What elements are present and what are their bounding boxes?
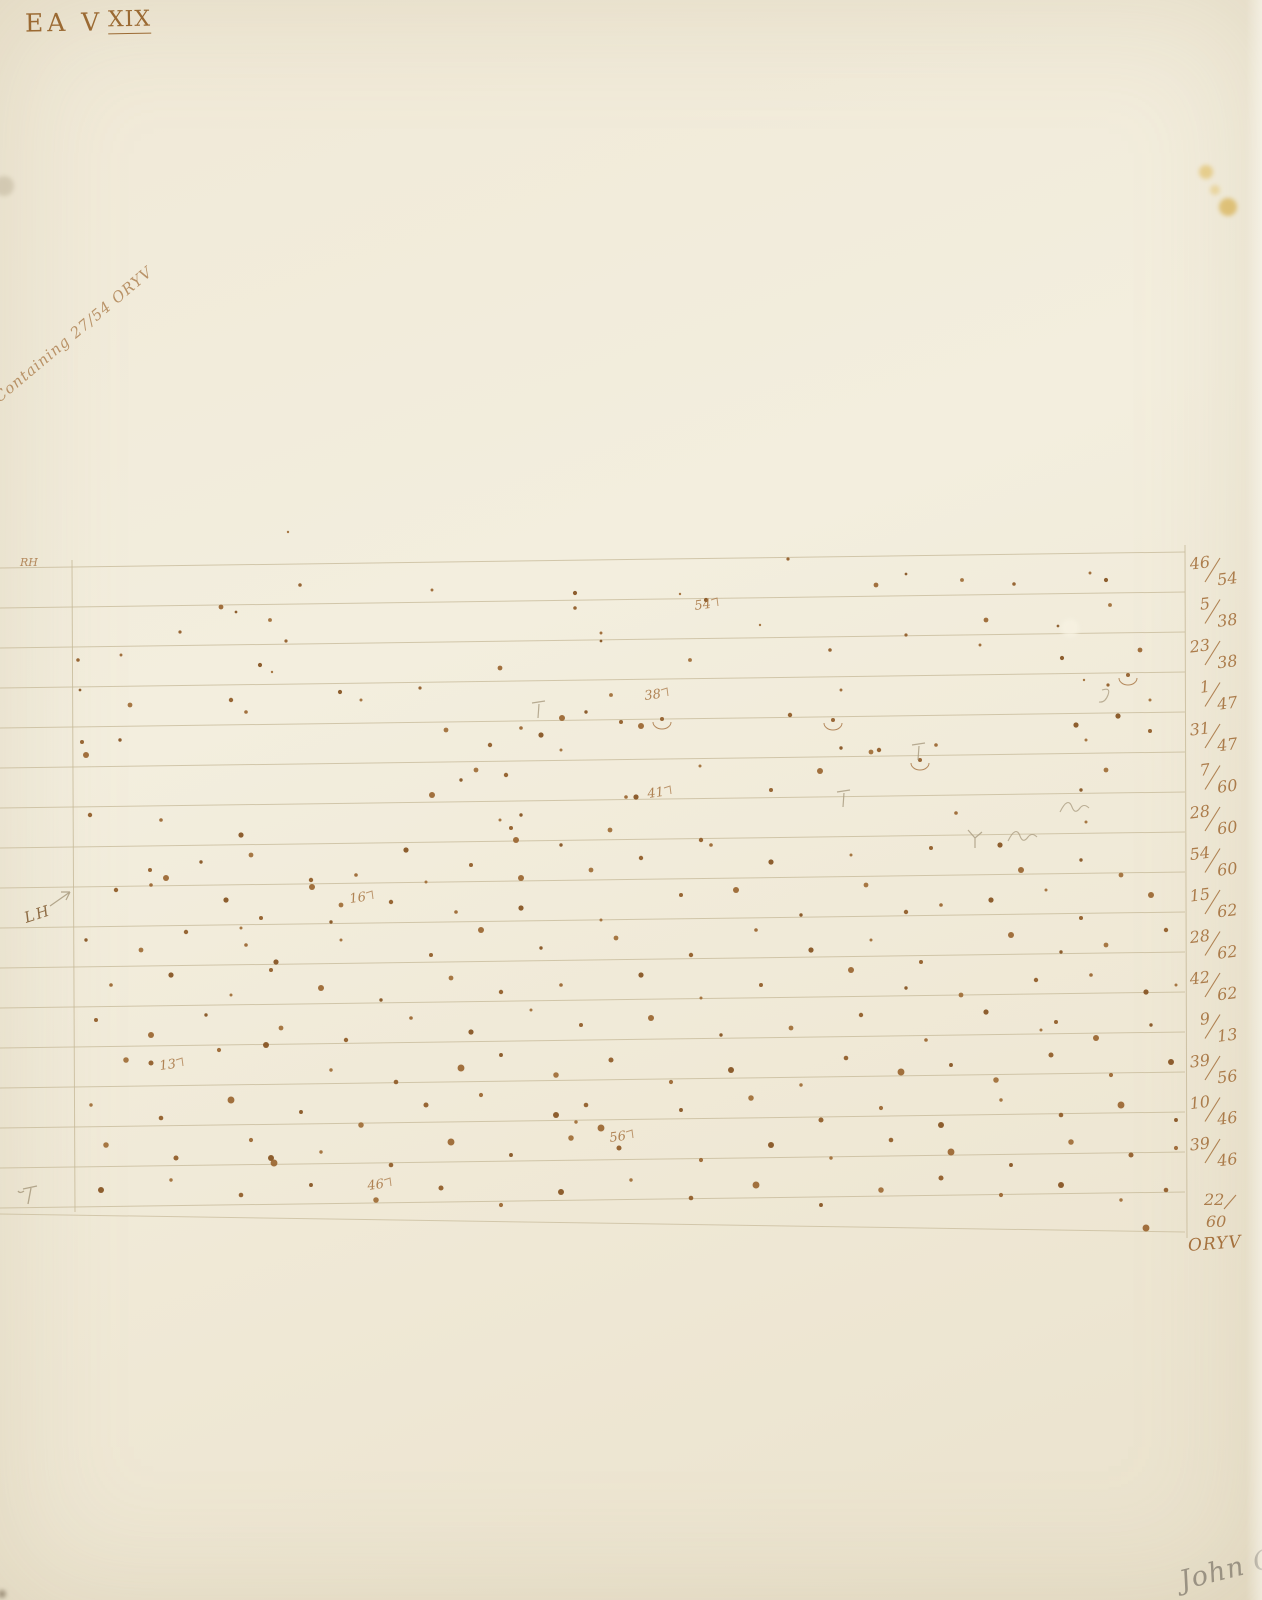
ink-dot (874, 583, 879, 588)
ink-dot (1108, 603, 1112, 607)
fraction-denominator: 62 (1216, 942, 1239, 963)
ink-dot (249, 1138, 253, 1142)
ink-dot (559, 983, 563, 987)
ink-dot (149, 883, 153, 887)
ink-dot (929, 846, 933, 850)
inline-number: 16 (348, 890, 366, 907)
ink-dot (829, 1156, 832, 1159)
ink-dot (423, 1102, 428, 1107)
ink-dot (559, 843, 562, 846)
ink-dot (499, 1203, 503, 1207)
ink-dot (148, 1060, 153, 1065)
inline-number-hook (626, 1130, 633, 1138)
fraction-numerator: 46 (1188, 552, 1212, 573)
staff-line (0, 1192, 1185, 1208)
ink-dot (948, 1149, 955, 1156)
ink-dot (768, 1142, 774, 1148)
ink-dot (309, 878, 313, 882)
ink-dot (329, 920, 332, 923)
ink-dot (1115, 713, 1120, 718)
ink-dot (600, 919, 603, 922)
fraction-numerator: 39 (1189, 1050, 1212, 1071)
ink-dot (639, 856, 643, 860)
inline-number: 46 (365, 1177, 384, 1194)
ink-dot (1085, 821, 1088, 824)
ink-dot (429, 792, 435, 798)
ink-dot (1093, 1035, 1099, 1041)
ink-dot (769, 788, 773, 792)
fraction-numerator: 5 (1199, 594, 1211, 614)
ink-dot (498, 666, 503, 671)
ink-dot (629, 1178, 632, 1181)
ink-dot (271, 1160, 278, 1167)
arrow-mark (50, 892, 70, 906)
staff-line (0, 592, 1185, 608)
y-mark (968, 830, 982, 848)
ink-dot (1174, 1146, 1178, 1150)
ink-dot (648, 1015, 654, 1021)
ink-dot (169, 1178, 172, 1181)
ink-dot (939, 903, 943, 907)
ink-dot (879, 1106, 883, 1110)
ink-dot (1168, 1059, 1174, 1065)
staff-line (0, 912, 1185, 928)
ink-dot (184, 930, 188, 934)
ink-dot (988, 897, 993, 902)
ink-dot (469, 863, 473, 867)
ink-dot (553, 1112, 559, 1118)
ink-dot (600, 640, 603, 643)
fraction-denominator: 46 (1215, 1149, 1239, 1170)
ink-dot (499, 819, 502, 822)
fraction-denominator: 13 (1216, 1025, 1239, 1046)
ink-dot (178, 630, 181, 633)
ink-dot (244, 943, 248, 947)
ink-dot (600, 632, 603, 635)
ink-dot (619, 720, 623, 724)
ink-dot (999, 1193, 1003, 1197)
ink-dot (103, 1142, 109, 1148)
ink-dot (519, 813, 522, 816)
right-hand-label: RH (20, 556, 38, 569)
ink-dot (1045, 889, 1048, 892)
ink-dot (960, 578, 964, 582)
ink-dot (444, 728, 449, 733)
ink-dot (344, 1038, 348, 1042)
ink-dot (983, 1009, 988, 1014)
ink-dot (679, 593, 681, 595)
ink-dot (768, 859, 773, 864)
fraction-denominator: 47 (1215, 734, 1239, 756)
fraction-numerator: 39 (1189, 1133, 1212, 1154)
ink-dot (98, 1187, 104, 1193)
ink-dot (904, 910, 908, 914)
ink-dot (689, 953, 693, 957)
ink-dot (1104, 768, 1109, 773)
ink-dot (559, 715, 565, 721)
ink-dot (699, 1158, 703, 1162)
ink-dot (905, 573, 908, 576)
inline-number-hook (661, 688, 668, 696)
ink-dot (748, 1095, 754, 1101)
ink-dot (499, 990, 503, 994)
flag-mark (18, 1186, 37, 1204)
ink-dot (219, 605, 224, 610)
fraction-denominator: 38 (1216, 610, 1239, 631)
ink-dot (954, 811, 958, 815)
inline-number: 56 (608, 1129, 626, 1146)
ink-dot (924, 1038, 928, 1042)
fraction-numerator: 9 (1199, 1009, 1211, 1029)
staff-line (0, 792, 1185, 808)
ink-dot (271, 671, 273, 673)
ink-dot (709, 843, 713, 847)
ink-dot (949, 1063, 953, 1067)
ink-dot (76, 658, 80, 662)
ink-dot (584, 1103, 589, 1108)
ink-dot (1068, 1139, 1074, 1145)
ink-dot (984, 618, 989, 623)
ink-dot (373, 1197, 379, 1203)
ink-dot (869, 750, 874, 755)
staff-line (0, 1152, 1185, 1168)
ink-dot (94, 1018, 98, 1022)
ink-dot (624, 795, 628, 799)
ink-dot (1079, 916, 1083, 920)
ink-dot (753, 1182, 760, 1189)
ink-dot (403, 847, 408, 852)
ink-dot (1149, 1023, 1152, 1026)
ink-dot (938, 1122, 944, 1128)
ink-dot (263, 1042, 269, 1048)
arc-dot (1126, 673, 1130, 677)
ink-dot (459, 778, 462, 781)
ink-dot (128, 703, 133, 708)
ink-dot (1089, 572, 1092, 575)
ink-dot (608, 1057, 613, 1062)
ink-dot (389, 900, 393, 904)
ink-dot (573, 606, 577, 610)
inline-number: 38 (643, 687, 661, 704)
ink-dot (458, 1065, 465, 1072)
staff-line (0, 992, 1185, 1008)
ink-dot (1083, 679, 1085, 681)
staff-line (0, 1072, 1185, 1088)
staff-line (0, 672, 1185, 688)
ink-dot (354, 873, 358, 877)
t-mark (912, 743, 925, 760)
ink-dot (258, 663, 262, 667)
ink-dot (318, 985, 324, 991)
ink-dot (1054, 1020, 1058, 1024)
loop-squiggle (1060, 803, 1089, 812)
ink-dot (1089, 973, 1093, 977)
ink-dot (269, 968, 273, 972)
arc-mark (824, 723, 842, 730)
ink-dot (1175, 984, 1178, 987)
paper-stain (1199, 165, 1213, 179)
ink-dot (938, 1175, 943, 1180)
ink-dot (259, 916, 263, 920)
ink-dot (679, 1108, 683, 1112)
ink-dot (689, 1196, 694, 1201)
fraction-denominator: 62 (1216, 983, 1239, 1004)
ink-dot (204, 1013, 207, 1016)
ink-dot (789, 1026, 794, 1031)
ink-dot (228, 1097, 235, 1104)
ink-dot (1059, 1113, 1064, 1118)
ink-dot (418, 686, 421, 689)
ink-dot (688, 658, 692, 662)
manuscript-page: 5438411613564646545382338147314776028605… (0, 0, 1262, 1600)
ink-dot (329, 1068, 332, 1071)
staff-line (0, 632, 1185, 648)
ink-dot (904, 633, 907, 636)
ink-dot (1106, 683, 1109, 686)
hook-squiggle (1099, 689, 1109, 702)
header-series-label: EA V (25, 7, 104, 37)
staff-line (0, 552, 1185, 568)
ink-dot (239, 1193, 244, 1198)
ink-dot (120, 654, 123, 657)
paper-stain (1210, 185, 1220, 195)
ink-dot (159, 818, 163, 822)
ink-dot (230, 994, 233, 997)
ink-dot (244, 710, 248, 714)
fraction-denominator: 56 (1216, 1066, 1239, 1087)
fraction-numerator: 7 (1199, 760, 1212, 780)
fraction-numerator: 23 (1188, 635, 1212, 656)
ink-dot (504, 773, 508, 777)
inline-number-hook (366, 891, 373, 899)
ink-dot (799, 913, 802, 916)
arc-mark (911, 763, 929, 770)
ink-dot (518, 875, 524, 881)
ink-dot (1057, 625, 1060, 628)
ink-dot (139, 948, 144, 953)
ink-dot (299, 1110, 303, 1114)
ink-dot (479, 1093, 483, 1097)
ink-dot (818, 1117, 823, 1122)
staff-line-bottom (0, 1214, 1185, 1232)
ink-dot (573, 591, 577, 595)
ink-dot (199, 860, 202, 863)
fraction-denominator: 38 (1216, 651, 1239, 672)
ink-dot (173, 1155, 178, 1160)
ink-dot (148, 868, 152, 872)
inline-number: 41 (645, 785, 664, 802)
fraction-denominator: 60 (1216, 817, 1239, 838)
ink-dot (700, 997, 703, 1000)
ink-dot (1079, 788, 1082, 791)
ink-dot (993, 1077, 999, 1083)
ink-dot (959, 993, 964, 998)
ink-dot (728, 1067, 734, 1073)
ink-dot (89, 1103, 92, 1106)
inline-number-hook (664, 786, 671, 794)
ink-dot (560, 749, 563, 752)
ink-dot (979, 644, 982, 647)
ink-dot (509, 1153, 513, 1157)
staff-line (0, 712, 1185, 728)
ink-dot (431, 589, 434, 592)
ink-dot (287, 531, 289, 533)
ink-dot (1034, 978, 1038, 982)
ink-dot (754, 928, 758, 932)
ink-dot (1119, 1198, 1122, 1201)
ink-dot (509, 826, 513, 830)
loop-squiggle (1008, 832, 1037, 841)
ink-dot (616, 1145, 621, 1150)
ink-dot (518, 905, 523, 910)
ink-dot (409, 1016, 413, 1020)
ink-dot (1164, 928, 1168, 932)
ink-dot (699, 838, 703, 842)
ink-dot (358, 1122, 364, 1128)
ink-dot (589, 868, 594, 873)
ink-dot (448, 1139, 455, 1146)
ink-dot (429, 953, 433, 957)
arc-mark (653, 722, 671, 729)
ink-dot (788, 713, 792, 717)
arc-dot (831, 718, 835, 722)
ink-dot (878, 1187, 884, 1193)
ink-dot (80, 740, 84, 744)
ink-dot (817, 768, 823, 774)
ink-dot (1048, 1052, 1053, 1057)
ink-dot (319, 1150, 322, 1153)
ink-dot (1008, 932, 1014, 938)
ink-dot (114, 888, 118, 892)
ink-dot (159, 1116, 164, 1121)
inline-number-hook (176, 1058, 183, 1066)
ink-dot (1143, 1225, 1150, 1232)
ink-dot (848, 967, 854, 973)
ink-dot (340, 939, 343, 942)
ink-dot (840, 689, 843, 692)
ink-dot (1104, 578, 1108, 582)
ink-dot (1138, 648, 1143, 653)
fraction-numerator: 54 (1189, 843, 1212, 864)
ink-dot (828, 648, 832, 652)
ink-dot (229, 698, 233, 702)
inline-number: 54 (693, 597, 711, 614)
ink-dot (579, 1023, 583, 1027)
ink-dot (609, 693, 613, 697)
fraction-denominator: 62 (1216, 900, 1239, 921)
fraction-numerator: 22 (1203, 1190, 1224, 1209)
ink-dot (904, 986, 907, 989)
fraction-numerator: 15 (1189, 884, 1212, 905)
ink-dot (608, 828, 613, 833)
ink-dot (1040, 1029, 1043, 1032)
ink-dot (235, 611, 238, 614)
ink-dot (633, 794, 638, 799)
ink-dot (733, 887, 739, 893)
ink-dot (168, 972, 173, 977)
ink-dot (850, 854, 853, 857)
ink-dot (163, 875, 169, 881)
staff-line (0, 952, 1185, 968)
ink-dot (786, 557, 789, 560)
ink-dot (338, 690, 342, 694)
inline-number-hook (711, 598, 718, 606)
ink-dot (759, 983, 763, 987)
ink-dot (999, 1098, 1002, 1101)
ink-dot (1148, 729, 1152, 733)
arc-dot (660, 717, 664, 721)
ink-dot (679, 893, 683, 897)
t-mark (532, 701, 545, 718)
ink-dot (638, 972, 643, 977)
ink-dot (217, 1048, 221, 1052)
ink-dot (719, 1033, 722, 1036)
ink-dot (83, 752, 89, 758)
ink-dot (1085, 739, 1088, 742)
ink-dot (1128, 1152, 1133, 1157)
ink-dot (844, 1056, 849, 1061)
paper-stain (1061, 619, 1079, 637)
ink-dot (389, 1163, 394, 1168)
ink-dot (123, 1057, 129, 1063)
ink-dot (898, 1069, 905, 1076)
fraction-denominator: 46 (1215, 1108, 1239, 1129)
ink-dot (240, 927, 243, 930)
paper-stain (1219, 198, 1237, 216)
ink-dot (699, 765, 702, 768)
ink-dot (249, 853, 254, 858)
ink-dot (1060, 656, 1064, 660)
ink-dot (438, 1185, 443, 1190)
ink-dot (1164, 1188, 1169, 1193)
ink-dot (1073, 722, 1078, 727)
ink-dot (360, 699, 363, 702)
ink-dot (394, 1080, 399, 1085)
ink-dot (449, 976, 454, 981)
ink-dot (530, 1009, 533, 1012)
ink-dot (118, 738, 121, 741)
ink-dot (584, 710, 587, 713)
staff-line (0, 1112, 1185, 1128)
ink-dot (934, 743, 938, 747)
ink-dot (669, 1080, 673, 1084)
paper-edge-highlight (1246, 0, 1262, 1600)
ink-dot (468, 1029, 473, 1034)
fraction-numerator: 28 (1188, 926, 1212, 947)
ink-dot (1118, 1102, 1125, 1109)
ink-dot (568, 1135, 574, 1141)
fraction-denominator: 60 (1206, 1212, 1226, 1231)
staff-line (0, 832, 1185, 848)
ink-dot (614, 936, 619, 941)
staff-line (0, 752, 1185, 768)
ink-dot (454, 910, 458, 914)
header-roman-numeral: XIX (108, 7, 151, 35)
inline-number: 13 (158, 1057, 176, 1074)
ink-dot (808, 947, 813, 952)
fraction-numerator: 31 (1189, 718, 1212, 739)
ink-dot (1174, 1118, 1178, 1122)
ink-dot (759, 624, 761, 626)
ink-dot (238, 832, 243, 837)
ink-dot (864, 883, 869, 888)
ink-dot (273, 959, 278, 964)
left-margin-line (72, 560, 75, 1212)
ink-dot (1104, 943, 1109, 948)
ink-dot (997, 842, 1002, 847)
ink-dot (88, 813, 92, 817)
fraction-denominator: 54 (1216, 568, 1239, 589)
